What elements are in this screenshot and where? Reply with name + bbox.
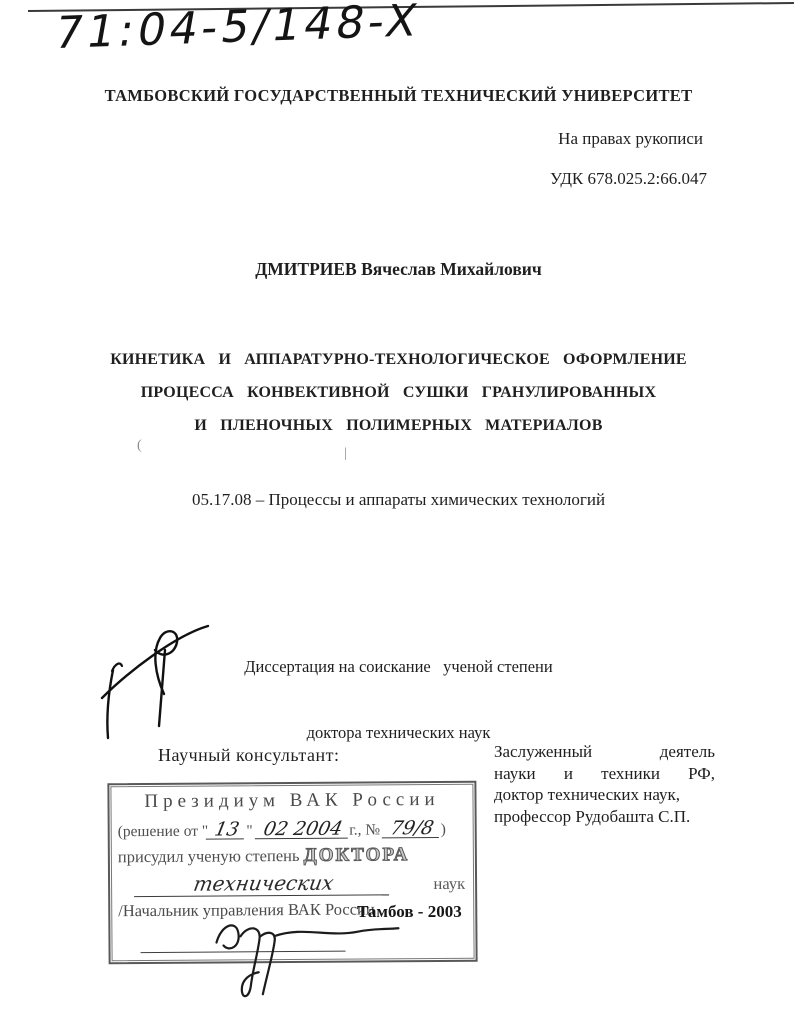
decision-mid: г., № <box>349 821 380 838</box>
consultant-line-2: науки и техники РФ, <box>494 763 715 785</box>
handwritten-field: технических <box>134 870 393 897</box>
handwritten-day: 13 <box>206 820 248 839</box>
university-name: ТАМБОВСКИЙ ГОСУДАРСТВЕННЫЙ ТЕХНИЧЕСКИЙ У… <box>0 86 797 106</box>
manuscript-rights-note: На правах рукописи <box>558 129 703 149</box>
field-suffix: наук <box>433 874 465 894</box>
author-name: ДМИТРИЕВ Вячеслав Михайлович <box>0 259 797 280</box>
scan-artifact-mark: | <box>344 446 347 462</box>
stamp-awarded-line: присудил ученую степень ДОКТОРА <box>118 844 467 868</box>
dissertation-title: КИНЕТИКА И АППАРАТУРНО-ТЕХНОЛОГИЧЕСКОЕ О… <box>0 343 797 442</box>
scan-artifact-mark: ( <box>137 438 142 454</box>
title-line-3: И ПЛЕНОЧНЫХ ПОЛИМЕРНЫХ МАТЕРИАЛОВ <box>0 409 797 442</box>
title-line-2: ПРОЦЕССА КОНВЕКТИВНОЙ СУШКИ ГРАНУЛИРОВАН… <box>0 376 797 409</box>
degree-word: ДОКТОРА <box>304 844 410 866</box>
consultant-line-3: доктор технических наук, <box>494 784 715 806</box>
handwritten-signature-mark <box>82 598 217 743</box>
consultant-label: Научный консультант: <box>158 745 340 766</box>
decision-close: ) <box>441 821 446 838</box>
consultant-info: Заслуженный деятель науки и техники РФ, … <box>494 741 715 827</box>
handwritten-number: 79/8 <box>382 819 443 838</box>
decision-prefix: (решение от " <box>118 823 209 841</box>
udc-code: УДК 678.025.2:66.047 <box>550 169 707 189</box>
handwritten-date: 02 2004 <box>255 820 351 840</box>
awarded-text: присудил ученую степень <box>118 846 300 866</box>
vak-approval-stamp: Президиум ВАК России (решение от "13" 02… <box>107 781 477 965</box>
consultant-line-4: профессор Рудобашта С.П. <box>494 806 715 828</box>
stamp-official-signature <box>208 909 409 1005</box>
handwritten-call-number: 71:04-5/148-X <box>50 0 424 59</box>
title-line-1: КИНЕТИКА И АППАРАТУРНО-ТЕХНОЛОГИЧЕСКОЕ О… <box>0 343 797 376</box>
dissertation-title-page: 71:04-5/148-X ТАМБОВСКИЙ ГОСУДАРСТВЕННЫЙ… <box>0 0 797 1023</box>
stamp-field-line: технических наук <box>118 870 467 899</box>
stamp-decision-line: (решение от "13" 02 2004г., № 79/8) <box>118 819 467 841</box>
stamp-title: Президиум ВАК России <box>117 789 466 813</box>
city-year: Тамбов - 2003 <box>357 902 462 922</box>
specialty-code-line: 05.17.08 – Процессы и аппараты химически… <box>0 490 797 510</box>
consultant-line-1: Заслуженный деятель <box>494 741 715 763</box>
decision-quote: " <box>246 822 252 839</box>
